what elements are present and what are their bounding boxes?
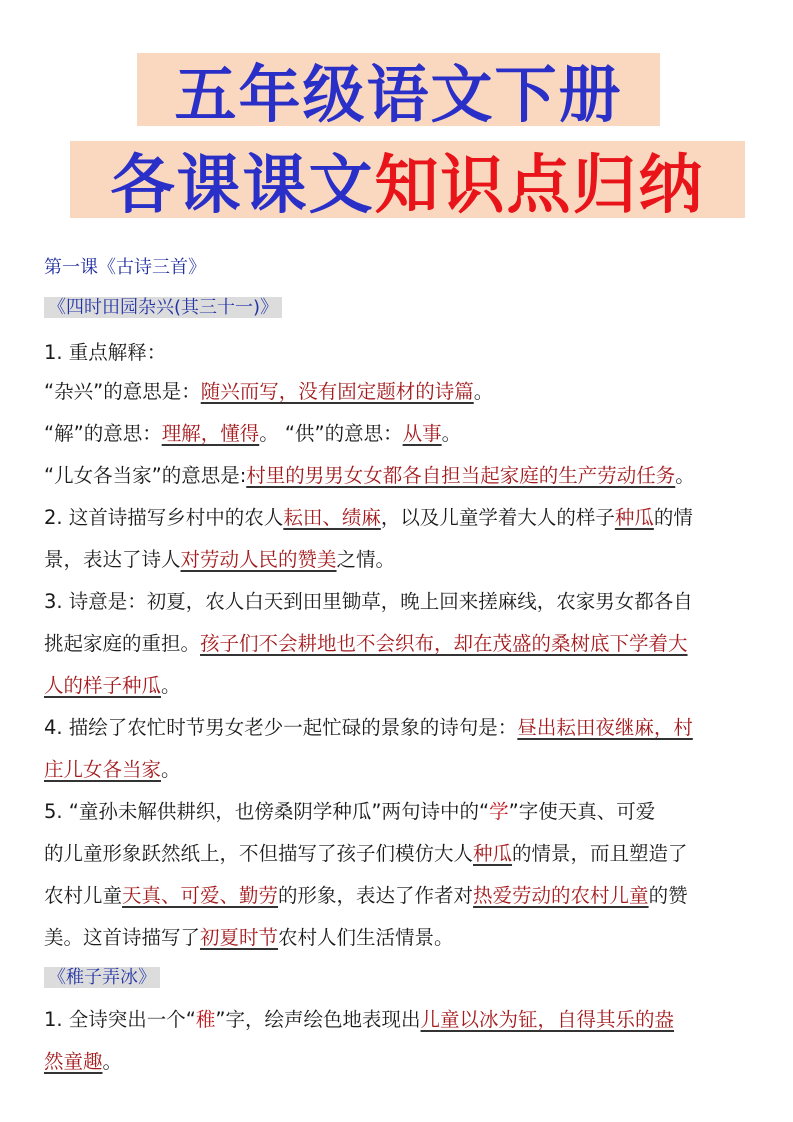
title-banner-line2: 各课课文知识点归纳 <box>70 141 745 218</box>
text: 挑起家庭的重担。 <box>44 632 200 655</box>
paragraph-line: 庄儿女各当家。 <box>44 755 181 785</box>
answer-text: 种瓜 <box>473 842 512 865</box>
text: 的赞 <box>649 884 688 907</box>
paragraph-line: 然童趣。 <box>44 1047 122 1077</box>
paragraph-line: 的儿童形象跃然纸上，不但描写了孩子们模仿大人种瓜的情景，而且塑造了 <box>44 839 688 869</box>
answer-text: 然童趣 <box>44 1050 103 1073</box>
paragraph-line: “杂兴”的意思是：随兴而写，没有固定题材的诗篇。 <box>44 377 493 407</box>
title-line2-blue: 各课课文 <box>111 134 375 226</box>
answer-text: 种瓜 <box>615 506 654 529</box>
answer-text: 孩子们不会耕地也不会织布，却在茂盛的桑树底下学着大 <box>200 632 688 655</box>
title-line1: 五年级语文下册 <box>174 45 622 134</box>
text: 。 <box>161 758 181 781</box>
answer-text: 昼出耘田夜继麻，村 <box>517 716 693 739</box>
paragraph-line: 农村儿童天真、可爱、勤劳的形象，表达了作者对热爱劳动的农村儿童的赞 <box>44 881 688 911</box>
answer-text: 耘田、绩麻 <box>283 506 381 529</box>
answer-text: 庄儿女各当家 <box>44 758 161 781</box>
paragraph-line: 4. 描绘了农忙时节男女老少一起忙碌的景象的诗句是：昼出耘田夜继麻，村 <box>44 713 693 743</box>
paragraph-line: 1. 全诗突出一个“稚”字，绘声绘色地表现出儿童以冰为钲，自得其乐的盎 <box>44 1005 674 1035</box>
paragraph-line: 3. 诗意是：初夏，农人白天到田里锄草，晚上回来搓麻线，农家男女都各自 <box>44 587 693 617</box>
text: 的儿童形象跃然纸上，不但描写了孩子们模仿大人 <box>44 842 473 865</box>
text: 的情 <box>654 506 693 529</box>
answer-text: 对劳动人民的赞美 <box>181 548 337 571</box>
answer-text: 初夏时节 <box>200 926 278 949</box>
text: 景，表达了诗人 <box>44 548 181 571</box>
poem1-title-row: 《四时田园杂兴(其三十一)》 <box>44 292 282 322</box>
text: 4. 描绘了农忙时节男女老少一起忙碌的景象的诗句是： <box>44 716 517 739</box>
text: “儿女各当家”的意思是: <box>44 464 246 487</box>
answer-text: 理解，懂得 <box>162 422 260 445</box>
poem2-title-row: 《稚子弄冰》 <box>44 962 160 992</box>
paragraph-line: “儿女各当家”的意思是:村里的男男女女都各自担当起家庭的生产劳动任务。 <box>44 461 695 491</box>
answer-text: 人的样子种瓜 <box>44 674 161 697</box>
paragraph-line: 美。这首诗描写了初夏时节农村人们生活情景。 <box>44 923 454 953</box>
answer-text: 村里的男男女女都各自担当起家庭的生产劳动任务 <box>246 464 675 487</box>
paragraph-line: 2. 这首诗描写乡村中的农人耘田、绩麻，以及儿童学着大人的样子种瓜的情 <box>44 503 693 533</box>
text: ”字，绘声绘色地表现出 <box>215 1008 420 1031</box>
poem-title: 《稚子弄冰》 <box>44 967 160 988</box>
text: 农村儿童 <box>44 884 122 907</box>
answer-text: 随兴而写，没有固定题材的诗篇 <box>201 380 474 403</box>
poem-title: 《四时田园杂兴(其三十一)》 <box>44 297 282 318</box>
text: 。 <box>442 422 462 445</box>
answer-text: 儿童以冰为钲，自得其乐的盎 <box>421 1008 675 1031</box>
text: 5. “童孙未解供耕织，也傍桑阴学种瓜”两句诗中的“ <box>44 800 489 823</box>
title-line2-red: 知识点归纳 <box>375 134 705 226</box>
text: 。 “供”的意思： <box>259 422 402 445</box>
text: 。 <box>103 1050 123 1073</box>
answer-text: 热爱劳动的农村儿童 <box>473 884 649 907</box>
text: 。 <box>675 464 695 487</box>
text: 的情景，而且塑造了 <box>512 842 688 865</box>
text: ”字使天真、可爱 <box>509 800 656 823</box>
text: 的形象，表达了作者对 <box>278 884 473 907</box>
text: 之情。 <box>337 548 396 571</box>
text: 1. 全诗突出一个“ <box>44 1008 196 1031</box>
title-banner-line1: 五年级语文下册 <box>137 53 660 126</box>
highlight-char: 学 <box>489 800 509 823</box>
paragraph-line: 人的样子种瓜。 <box>44 671 181 701</box>
paragraph-line: 挑起家庭的重担。孩子们不会耕地也不会织布，却在茂盛的桑树底下学着大 <box>44 629 688 659</box>
answer-text: 天真、可爱、勤劳 <box>122 884 278 907</box>
answer-text: 从事 <box>403 422 442 445</box>
text: “杂兴”的意思是： <box>44 380 201 403</box>
highlight-char: 稚 <box>196 1008 216 1031</box>
text: 。 <box>161 674 181 697</box>
text: 美。这首诗描写了 <box>44 926 200 949</box>
paragraph-line: “解”的意思：理解，懂得。 “供”的意思：从事。 <box>44 419 461 449</box>
section1-heading: 1. 重点解释： <box>44 338 166 368</box>
text: 农村人们生活情景。 <box>278 926 454 949</box>
text: ，以及儿童学着大人的样子 <box>381 506 615 529</box>
paragraph-line: 景，表达了诗人对劳动人民的赞美之情。 <box>44 545 395 575</box>
text: 。 <box>474 380 494 403</box>
paragraph-line: 5. “童孙未解供耕织，也傍桑阴学种瓜”两句诗中的“学”字使天真、可爱 <box>44 797 655 827</box>
lesson-title: 第一课《古诗三首》 <box>44 253 206 283</box>
text: “解”的意思： <box>44 422 162 445</box>
text: 2. 这首诗描写乡村中的农人 <box>44 506 283 529</box>
